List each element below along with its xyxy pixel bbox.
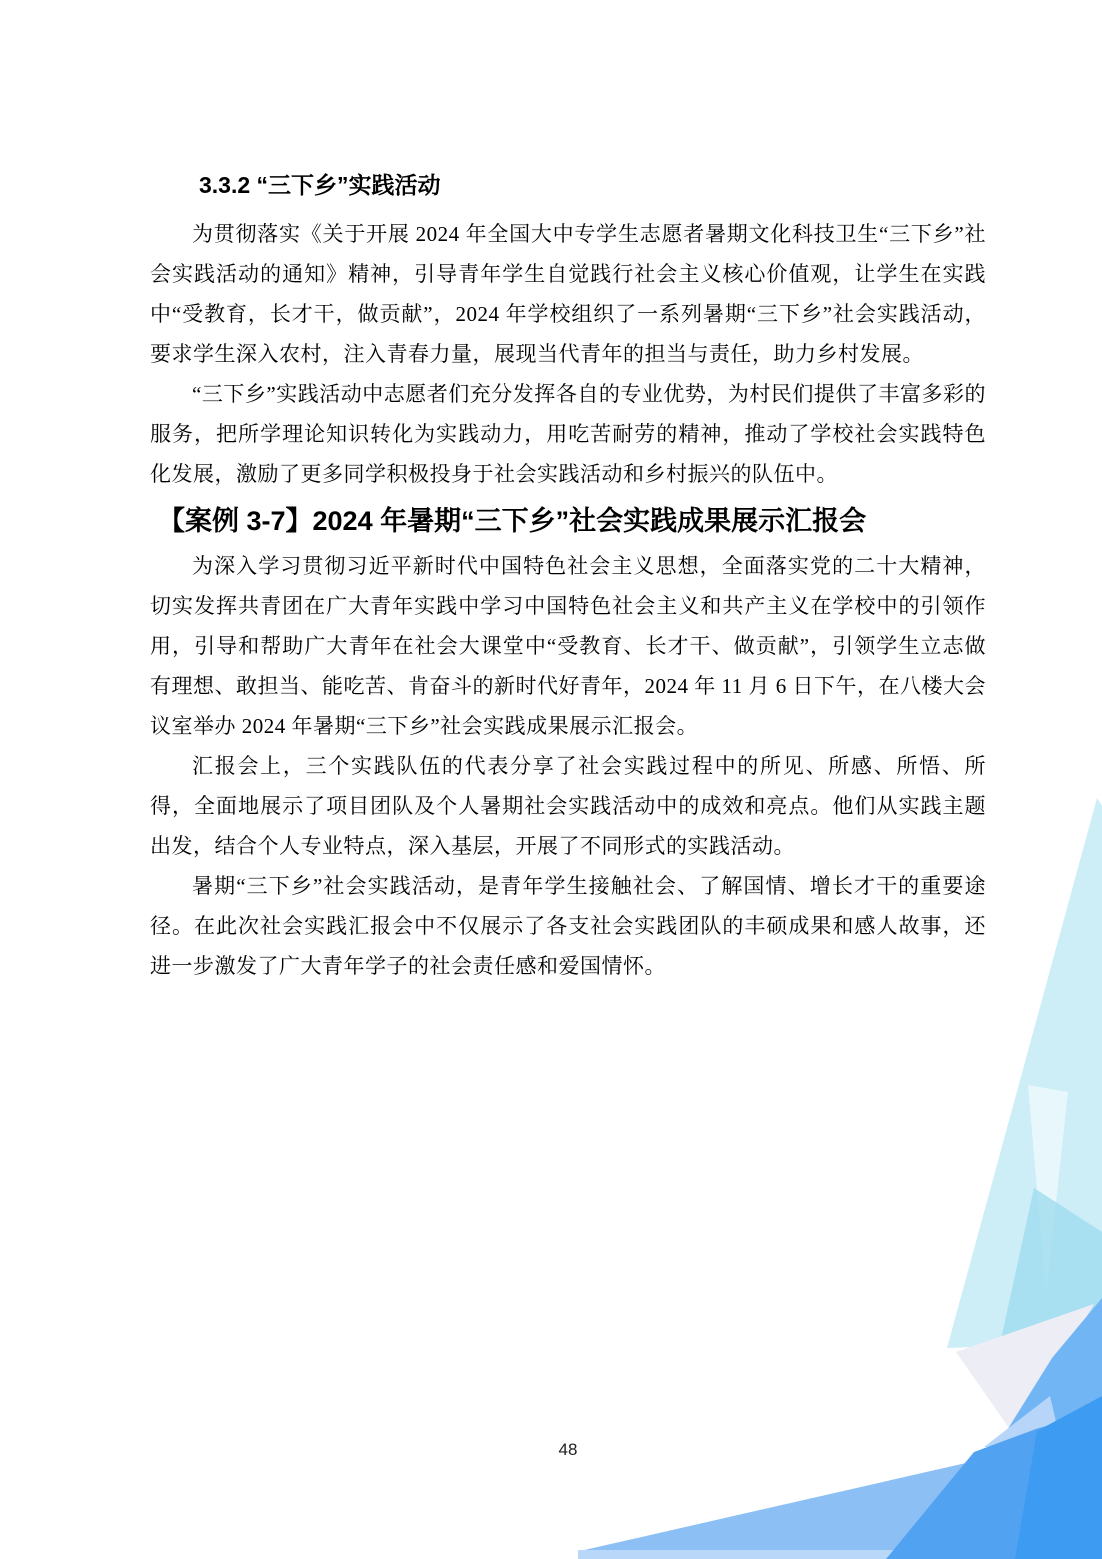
page-number: 48 — [150, 1440, 986, 1460]
case-paragraph: 暑期“三下乡”社会实践活动，是青年学生接触社会、了解国情、增长才干的重要途径。在… — [150, 866, 986, 986]
deco-strip-bottom — [578, 1550, 912, 1559]
body-paragraph: “三下乡”实践活动中志愿者们充分发挥各自的专业优势，为村民们提供了丰富多彩的服务… — [150, 374, 986, 494]
deco-triangle-teal-overlay — [1000, 1188, 1102, 1344]
case-paragraph: 为深入学习贯彻习近平新时代中国特色社会主义思想，全面落实党的二十大精神，切实发挥… — [150, 546, 986, 746]
deco-corner-blue-deep — [1015, 1396, 1102, 1559]
deco-fan-blue-upper — [888, 1298, 1102, 1559]
deco-triangle-lavender — [956, 1304, 1094, 1438]
deco-fan-blue-mid — [886, 1410, 1102, 1559]
deco-triangle-white-notch — [1028, 1085, 1068, 1295]
deco-triangle-pale-blue — [984, 1396, 1062, 1447]
document-page: 3.3.2 “三下乡”实践活动 为贯彻落实《关于开展 2024 年全国大中专学生… — [0, 0, 1102, 1559]
case-paragraph: 汇报会上，三个实践队伍的代表分享了社会实践过程中的所见、所感、所悟、所得，全面地… — [150, 746, 986, 866]
case-study-heading: 【案例 3-7】2024 年暑期“三下乡”社会实践成果展示汇报会 — [158, 496, 986, 546]
section-heading: 3.3.2 “三下乡”实践活动 — [199, 166, 986, 204]
text-column: 3.3.2 “三下乡”实践活动 为贯彻落实《关于开展 2024 年全国大中专学生… — [150, 166, 986, 986]
body-paragraph: 为贯彻落实《关于开展 2024 年全国大中专学生志愿者暑期文化科技卫生“三下乡”… — [150, 214, 986, 374]
